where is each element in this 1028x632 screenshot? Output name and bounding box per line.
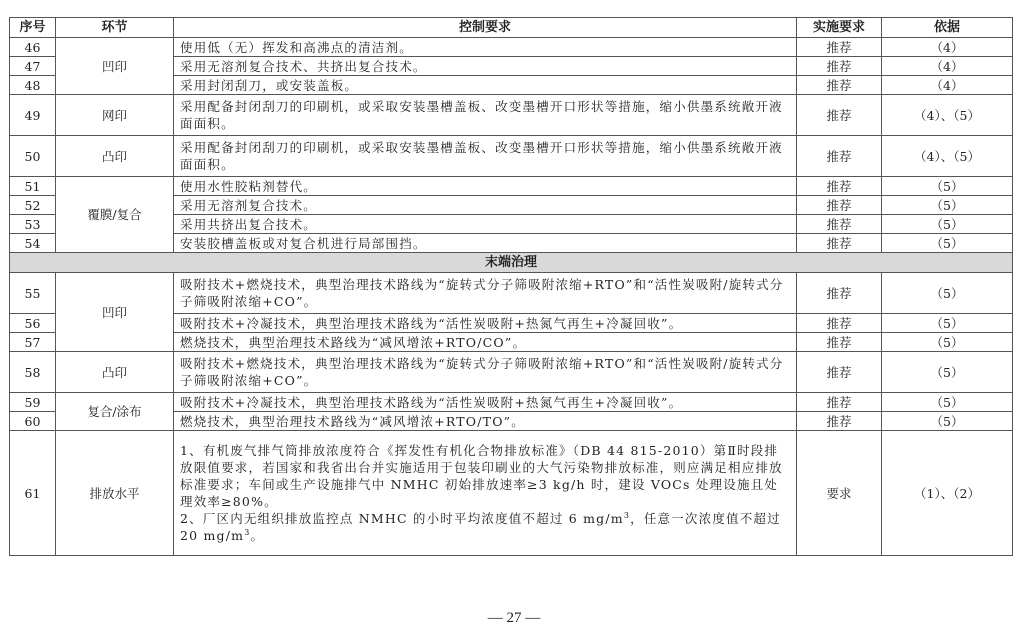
implementation-cell: 推荐 [797, 273, 882, 314]
requirement-cell: 采用共挤出复合技术。 [174, 215, 797, 234]
header-no: 序号 [10, 18, 56, 38]
basis-cell: （5） [882, 177, 1013, 196]
table-row: 58 凸印 吸附技术+燃烧技术，典型治理技术路线为“旋转式分子筛吸附浓缩+RTO… [10, 352, 1013, 393]
stage-cell: 凸印 [56, 136, 174, 177]
row-no: 49 [10, 95, 56, 136]
requirement-paragraph-1: 1、有机废气排气筒排放浓度符合《挥发性有机化合物排放标准》（DB 44 815-… [180, 442, 790, 510]
requirement-cell: 1、有机废气排气筒排放浓度符合《挥发性有机化合物排放标准》（DB 44 815-… [174, 431, 797, 556]
requirement-cell: 燃烧技术，典型治理技术路线为“减风增浓+RTO/TO”。 [174, 412, 797, 431]
row-no: 60 [10, 412, 56, 431]
basis-cell: （4）、（5） [882, 136, 1013, 177]
implementation-cell: 推荐 [797, 95, 882, 136]
row-no: 47 [10, 57, 56, 76]
table-row: 59 复合/涂布 吸附技术+冷凝技术，典型治理技术路线为“活性炭吸附+热氮气再生… [10, 393, 1013, 412]
implementation-cell: 推荐 [797, 393, 882, 412]
requirement-text: 。 [251, 528, 265, 543]
table-row: 61 排放水平 1、有机废气排气筒排放浓度符合《挥发性有机化合物排放标准》（DB… [10, 431, 1013, 556]
control-requirements-table: 序号 环节 控制要求 实施要求 依据 46 凹印 使用低（无）挥发和高沸点的清洁… [9, 17, 1013, 556]
implementation-cell: 推荐 [797, 215, 882, 234]
table-header-row: 序号 环节 控制要求 实施要求 依据 [10, 18, 1013, 38]
row-no: 53 [10, 215, 56, 234]
requirement-cell: 采用配备封闭刮刀的印刷机，或采取安装墨槽盖板、改变墨槽开口形状等措施，缩小供墨系… [174, 95, 797, 136]
table-row: 49 网印 采用配备封闭刮刀的印刷机，或采取安装墨槽盖板、改变墨槽开口形状等措施… [10, 95, 1013, 136]
requirement-paragraph-2: 2、厂区内无组织排放监控点 NMHC 的小时平均浓度值不超过 6 mg/m3，任… [180, 510, 790, 544]
header-implementation: 实施要求 [797, 18, 882, 38]
stage-cell: 凹印 [56, 273, 174, 352]
basis-cell: （4） [882, 57, 1013, 76]
basis-cell: （5） [882, 314, 1013, 333]
basis-cell: （4） [882, 76, 1013, 95]
stage-cell: 凸印 [56, 352, 174, 393]
stage-cell: 复合/涂布 [56, 393, 174, 431]
page-number: — 27 — [0, 610, 1028, 627]
implementation-cell: 推荐 [797, 76, 882, 95]
implementation-cell: 要求 [797, 431, 882, 556]
row-no: 48 [10, 76, 56, 95]
row-no: 51 [10, 177, 56, 196]
implementation-cell: 推荐 [797, 412, 882, 431]
implementation-cell: 推荐 [797, 314, 882, 333]
basis-cell: （5） [882, 196, 1013, 215]
requirement-cell: 采用封闭刮刀，或安装盖板。 [174, 76, 797, 95]
basis-cell: （5） [882, 215, 1013, 234]
implementation-cell: 推荐 [797, 333, 882, 352]
section-title-end-treatment: 末端治理 [10, 253, 1013, 273]
basis-cell: （5） [882, 393, 1013, 412]
requirement-cell: 吸附技术+燃烧技术，典型治理技术路线为“旋转式分子筛吸附浓缩+RTO”和“活性炭… [174, 352, 797, 393]
requirement-cell: 吸附技术+冷凝技术，典型治理技术路线为“活性炭吸附+热氮气再生+冷凝回收”。 [174, 314, 797, 333]
implementation-cell: 推荐 [797, 352, 882, 393]
implementation-cell: 推荐 [797, 38, 882, 57]
basis-cell: （1）、（2） [882, 431, 1013, 556]
requirement-cell: 安装胶槽盖板或对复合机进行局部围挡。 [174, 234, 797, 253]
header-stage: 环节 [56, 18, 174, 38]
requirement-cell: 使用水性胶粘剂替代。 [174, 177, 797, 196]
requirement-cell: 采用配备封闭刮刀的印刷机，或采取安装墨槽盖板、改变墨槽开口形状等措施，缩小供墨系… [174, 136, 797, 177]
row-no: 55 [10, 273, 56, 314]
stage-cell: 排放水平 [56, 431, 174, 556]
implementation-cell: 推荐 [797, 57, 882, 76]
requirement-cell: 吸附技术+燃烧技术，典型治理技术路线为“旋转式分子筛吸附浓缩+RTO”和“活性炭… [174, 273, 797, 314]
requirement-text: 2、厂区内无组织排放监控点 NMHC 的小时平均浓度值不超过 6 mg/m [180, 511, 624, 526]
basis-cell: （5） [882, 234, 1013, 253]
row-no: 54 [10, 234, 56, 253]
implementation-cell: 推荐 [797, 177, 882, 196]
stage-cell: 覆膜/复合 [56, 177, 174, 253]
basis-cell: （5） [882, 273, 1013, 314]
basis-cell: （4）、（5） [882, 95, 1013, 136]
requirement-cell: 燃烧技术，典型治理技术路线为“减风增浓+RTO/CO”。 [174, 333, 797, 352]
row-no: 59 [10, 393, 56, 412]
requirement-cell: 采用无溶剂复合技术。 [174, 196, 797, 215]
table-row: 50 凸印 采用配备封闭刮刀的印刷机，或采取安装墨槽盖板、改变墨槽开口形状等措施… [10, 136, 1013, 177]
stage-cell: 凹印 [56, 38, 174, 95]
row-no: 46 [10, 38, 56, 57]
requirement-cell: 吸附技术+冷凝技术，典型治理技术路线为“活性炭吸附+热氮气再生+冷凝回收”。 [174, 393, 797, 412]
requirement-cell: 使用低（无）挥发和高沸点的清洁剂。 [174, 38, 797, 57]
row-no: 61 [10, 431, 56, 556]
table-row: 55 凹印 吸附技术+燃烧技术，典型治理技术路线为“旋转式分子筛吸附浓缩+RTO… [10, 273, 1013, 314]
basis-cell: （5） [882, 333, 1013, 352]
table-row: 51 覆膜/复合 使用水性胶粘剂替代。 推荐 （5） [10, 177, 1013, 196]
implementation-cell: 推荐 [797, 136, 882, 177]
header-requirement: 控制要求 [174, 18, 797, 38]
section-header-row: 末端治理 [10, 253, 1013, 273]
requirement-cell: 采用无溶剂复合技术、共挤出复合技术。 [174, 57, 797, 76]
basis-cell: （5） [882, 352, 1013, 393]
row-no: 52 [10, 196, 56, 215]
basis-cell: （4） [882, 38, 1013, 57]
header-basis: 依据 [882, 18, 1013, 38]
row-no: 56 [10, 314, 56, 333]
implementation-cell: 推荐 [797, 234, 882, 253]
implementation-cell: 推荐 [797, 196, 882, 215]
basis-cell: （5） [882, 412, 1013, 431]
row-no: 57 [10, 333, 56, 352]
table-row: 46 凹印 使用低（无）挥发和高沸点的清洁剂。 推荐 （4） [10, 38, 1013, 57]
stage-cell: 网印 [56, 95, 174, 136]
row-no: 50 [10, 136, 56, 177]
row-no: 58 [10, 352, 56, 393]
